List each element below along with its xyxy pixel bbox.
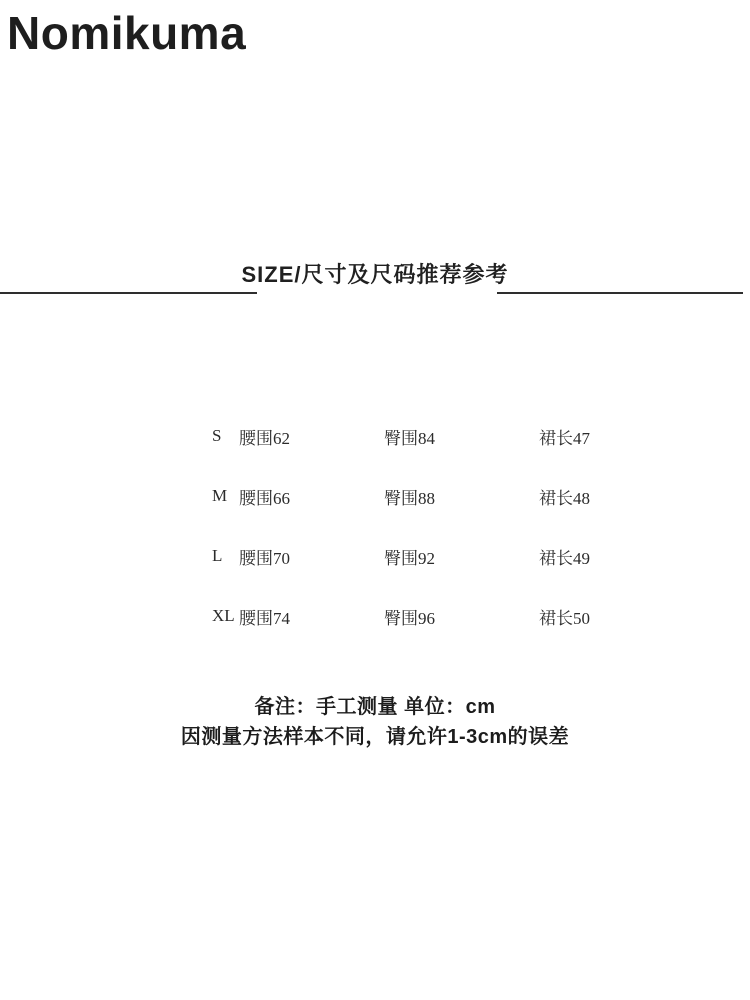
hip-cell: 臀围84 bbox=[384, 424, 539, 449]
hip-cell: 臀围92 bbox=[384, 544, 539, 569]
table-row-l: L 腰围70 臀围92 裙长49 bbox=[212, 526, 590, 586]
note-measure-unit: 备注：手工测量 单位：cm bbox=[0, 692, 750, 722]
size-cell: S bbox=[212, 426, 239, 446]
length-cell: 裙长47 bbox=[539, 424, 590, 449]
table-row-xl: XL 腰围74 臀围96 裙长50 bbox=[212, 586, 590, 646]
length-cell: 裙长50 bbox=[539, 604, 590, 629]
length-cell: 裙长49 bbox=[539, 544, 590, 569]
title-divider-left bbox=[0, 292, 257, 294]
note-tolerance: 因测量方法样本不同，请允许1-3cm的误差 bbox=[0, 722, 750, 752]
size-section-title: SIZE/尺寸及尺码推荐参考 bbox=[0, 258, 750, 292]
waist-cell: 腰围66 bbox=[239, 484, 384, 509]
size-cell: M bbox=[212, 486, 239, 506]
title-divider-right bbox=[497, 292, 743, 294]
measurement-notes: 备注：手工测量 单位：cm 因测量方法样本不同，请允许1-3cm的误差 bbox=[0, 692, 750, 752]
size-chart-page: Nomikuma SIZE/尺寸及尺码推荐参考 S 腰围62 臀围84 裙长47… bbox=[0, 0, 750, 1000]
waist-cell: 腰围62 bbox=[239, 424, 384, 449]
size-cell: L bbox=[212, 546, 239, 566]
waist-cell: 腰围74 bbox=[239, 604, 384, 629]
length-cell: 裙长48 bbox=[539, 484, 590, 509]
brand-logo: Nomikuma bbox=[7, 10, 246, 56]
waist-cell: 腰围70 bbox=[239, 544, 384, 569]
table-row-s: S 腰围62 臀围84 裙长47 bbox=[212, 406, 590, 466]
table-row-m: M 腰围66 臀围88 裙长48 bbox=[212, 466, 590, 526]
size-cell: XL bbox=[212, 606, 239, 626]
hip-cell: 臀围96 bbox=[384, 604, 539, 629]
size-table: S 腰围62 臀围84 裙长47 M 腰围66 臀围88 裙长48 L 腰围70… bbox=[212, 406, 590, 646]
hip-cell: 臀围88 bbox=[384, 484, 539, 509]
